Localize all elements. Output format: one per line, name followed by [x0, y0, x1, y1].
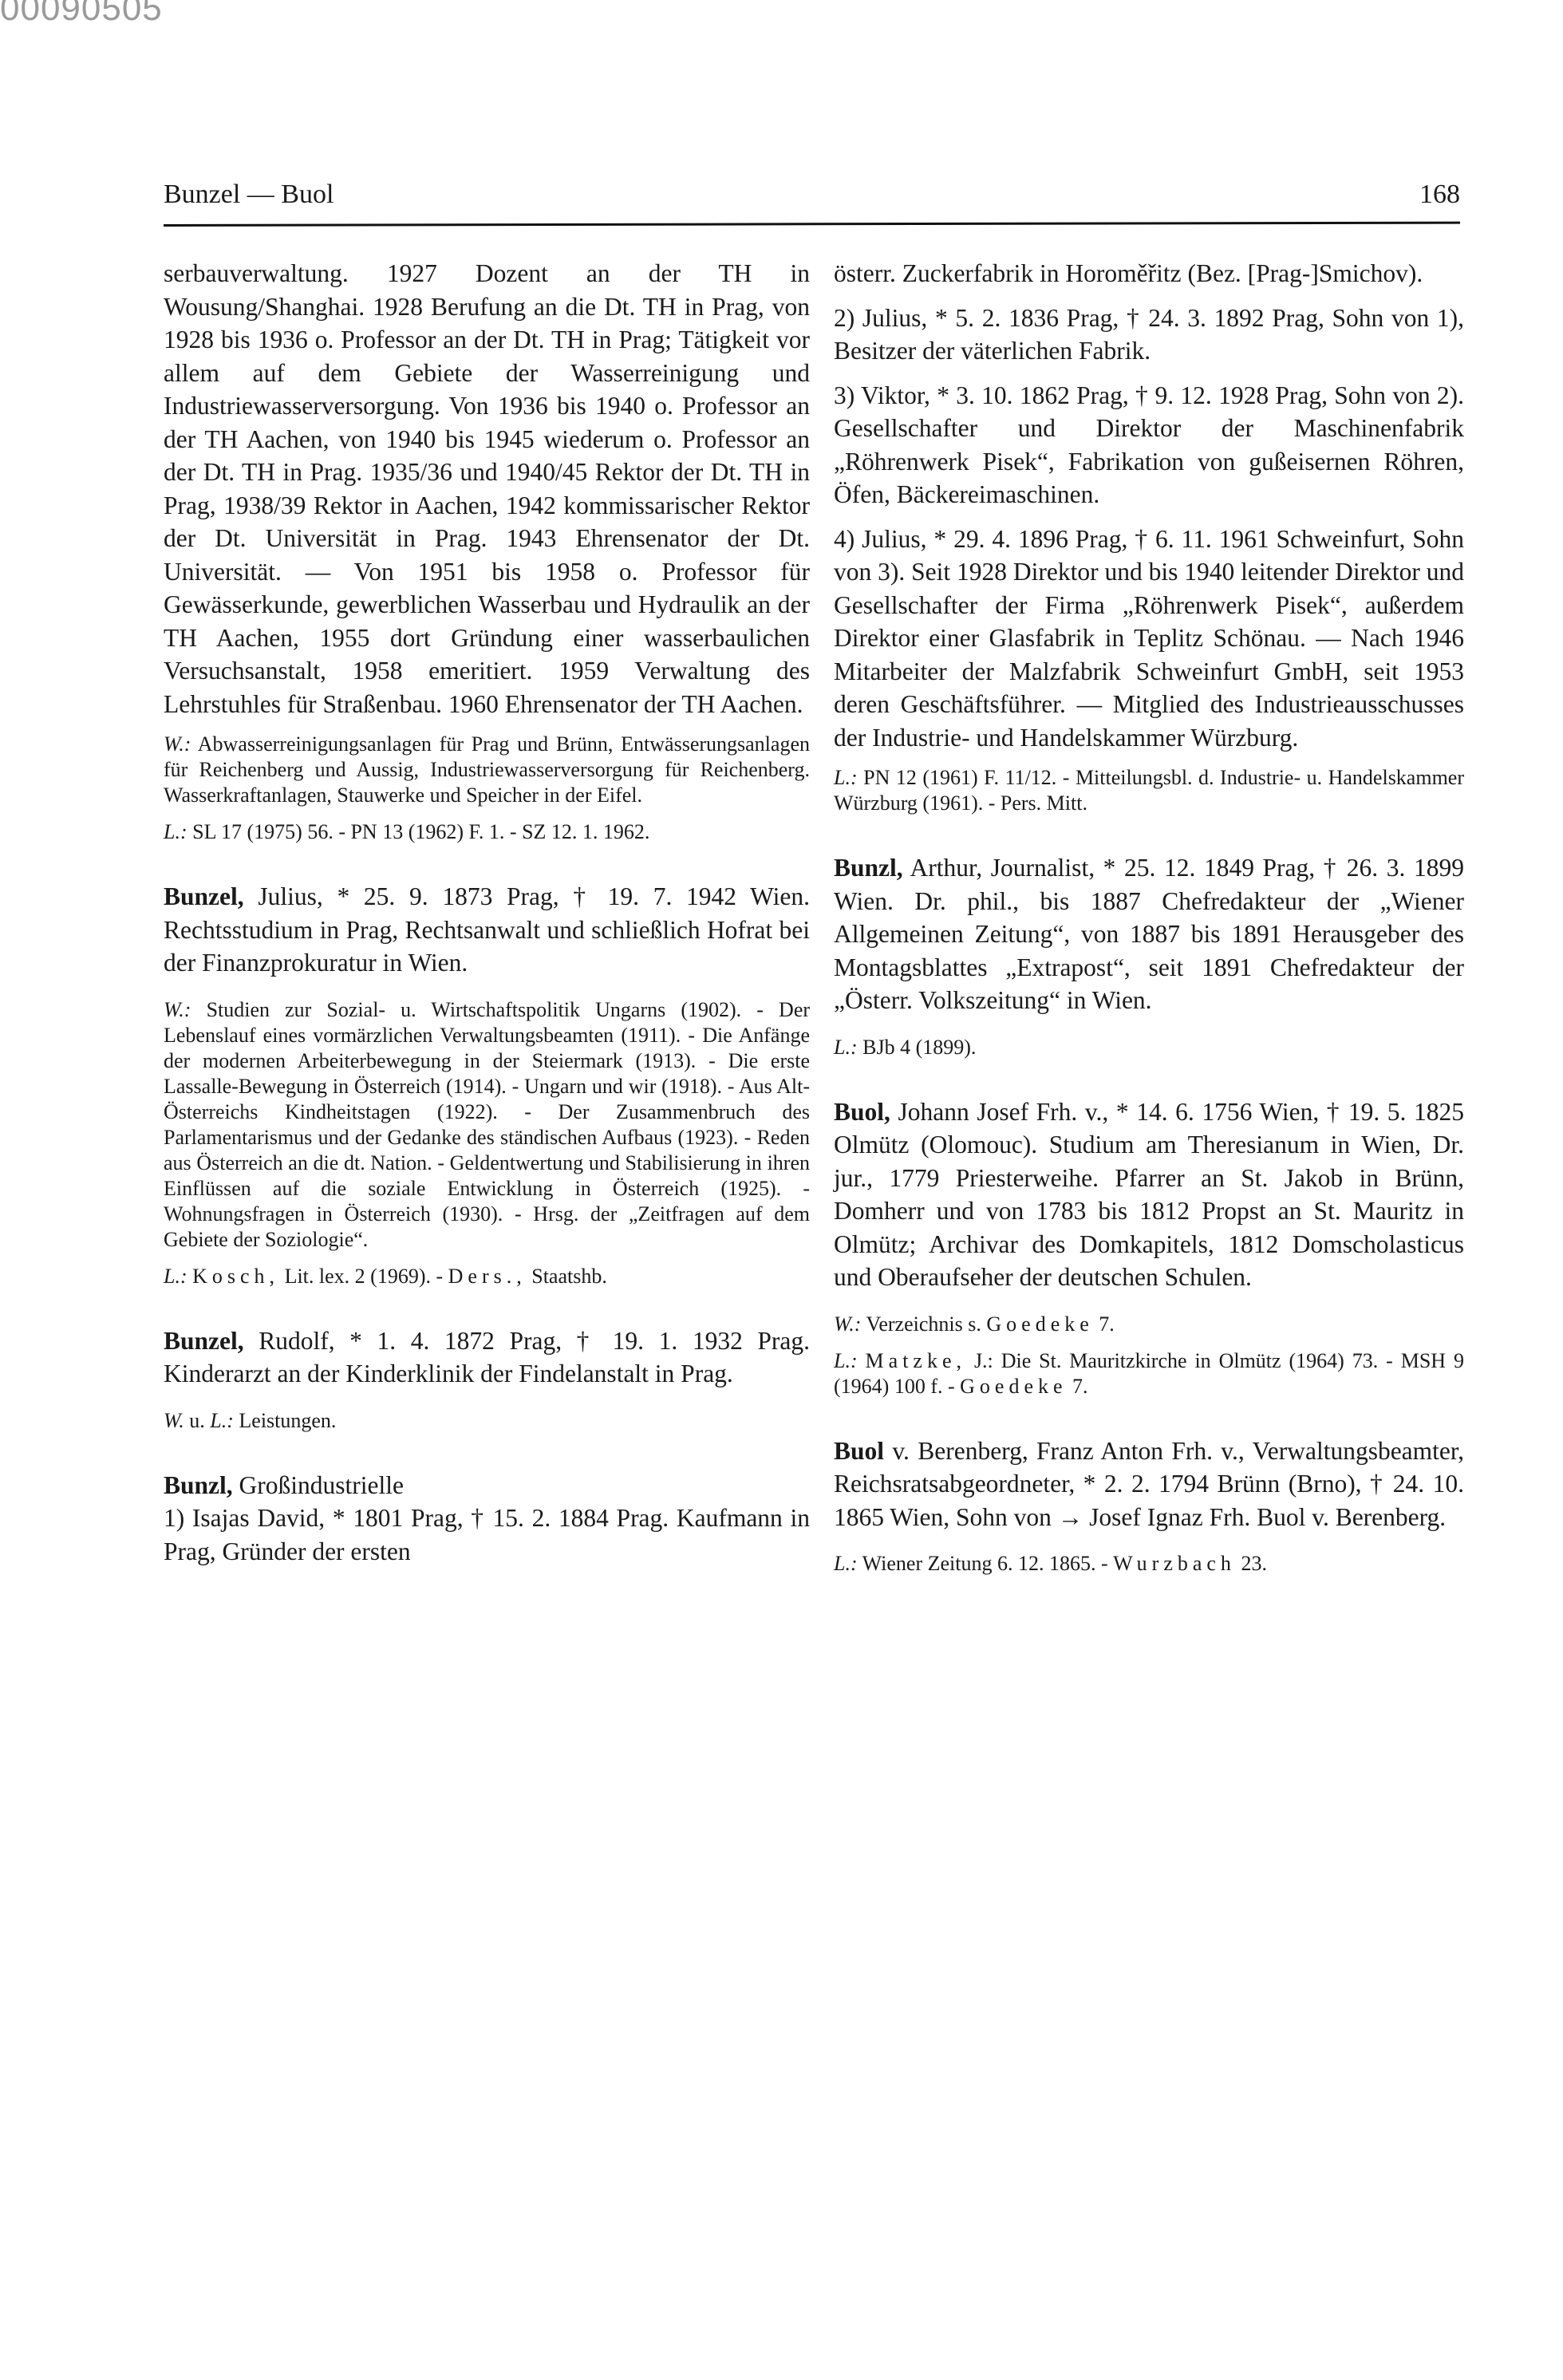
running-head: Bunzel — Buol 168 [164, 180, 1460, 219]
running-head-title: Bunzel — Buol [164, 180, 334, 210]
works-list: W.: Abwasserreinigungsanlagen für Prag u… [164, 732, 810, 808]
entry-lemma: Buol [834, 1437, 884, 1465]
works-text: Verzeichnis s. [866, 1312, 981, 1336]
right-column: österr. Zuckerfabrik in Horoměřitz (Bez.… [834, 257, 1464, 1577]
works-label: W. [164, 1409, 184, 1432]
entry-body: Buol, Johann Josef Frh. v., * 14. 6. 175… [834, 1095, 1464, 1294]
scan-id: 00090505 [0, 0, 163, 29]
entry-lemma: Bunzel, [164, 882, 244, 910]
works-label: W.: [834, 1312, 861, 1336]
literature-author: Goedeke [960, 1375, 1067, 1398]
entry-body: Bunzel, Julius, * 25. 9. 1873 Prag, † 19… [164, 880, 810, 980]
sub-entry: 4) Julius, * 29. 4. 1896 Prag, † 6. 11. … [834, 523, 1464, 755]
works-text: 7. [1099, 1312, 1115, 1336]
entry-continuation: serbauverwaltung. 1927 Dozent an der TH … [164, 257, 810, 720]
entry-body: Bunzel, Rudolf, * 1. 4. 1872 Prag, † 19.… [164, 1324, 810, 1391]
literature-text: SL 17 (1975) 56. - PN 13 (1962) F. 1. - … [192, 820, 649, 843]
left-column: serbauverwaltung. 1927 Dozent an der TH … [164, 257, 810, 1568]
literature-text: 23. [1241, 1552, 1267, 1575]
entry-bunzl-family: Bunzl, Großindustrielle 1) Isajas David,… [164, 1469, 810, 1569]
entry-lemma: Bunzel, [164, 1327, 244, 1355]
entry-text: v. Berenberg, Franz Anton Frh. v., Verwa… [834, 1437, 1464, 1531]
entry-bunzl-arthur: Bunzl, Arthur, Journalist, * 25. 12. 184… [834, 851, 1464, 1060]
sub-entry: 2) Julius, * 5. 2. 1836 Prag, † 24. 3. 1… [834, 302, 1464, 368]
works-text: Abwasserreinigungsanlagen für Prag und B… [164, 732, 810, 807]
entry-text: Julius, * 25. 9. 1873 Prag, † 19. 7. 194… [164, 882, 810, 977]
literature-author: Ders., [448, 1265, 527, 1288]
entry-lemma: Buol, [834, 1098, 890, 1126]
literature-text: Wiener Zeitung 6. 12. 1865. - [862, 1552, 1108, 1575]
literature-list: L.: Kosch, Lit. lex. 2 (1969). - Ders., … [164, 1264, 810, 1289]
literature-label: L.: [834, 1036, 858, 1059]
literature-list: L.: Matzke, J.: Die St. Mauritzkirche in… [834, 1348, 1464, 1399]
literature-list: L.: BJb 4 (1899). [834, 1035, 1464, 1060]
entry-text: Rudolf, * 1. 4. 1872 Prag, † 19. 1. 1932… [164, 1327, 810, 1388]
literature-label: L.: [834, 766, 858, 789]
entry-bunzel-julius: Bunzel, Julius, * 25. 9. 1873 Prag, † 19… [164, 880, 810, 1289]
entry-text: Arthur, Journalist, * 25. 12. 1849 Prag,… [834, 854, 1464, 1014]
entry-buol-johann-josef: Buol, Johann Josef Frh. v., * 14. 6. 175… [834, 1095, 1464, 1399]
literature-label: L.: [834, 1349, 858, 1372]
literature-author: Kosch, [192, 1265, 279, 1288]
entry-body: Buol v. Berenberg, Franz Anton Frh. v., … [834, 1435, 1464, 1534]
literature-list: L.: SL 17 (1975) 56. - PN 13 (1962) F. 1… [164, 819, 810, 845]
works-label: W.: [164, 998, 191, 1021]
literature-text: 7. [1072, 1375, 1088, 1398]
entry-bunzel-rudolf: Bunzel, Rudolf, * 1. 4. 1872 Prag, † 19.… [164, 1324, 810, 1434]
literature-list: L.: Wiener Zeitung 6. 12. 1865. - Wurzba… [834, 1551, 1464, 1577]
entry-lemma: Bunzl, [164, 1471, 233, 1499]
works-list: W.: Studien zur Sozial- u. Wirtschaftspo… [164, 997, 810, 1253]
entry-heading: Bunzl, Großindustrielle [164, 1469, 810, 1502]
entry-text: Johann Josef Frh. v., * 14. 6. 1756 Wien… [834, 1098, 1464, 1292]
literature-author: Matzke, [866, 1349, 966, 1372]
literature-list: L.: PN 12 (1961) F. 11/12. - Mitteilungs… [834, 765, 1464, 816]
entry-continuation: österr. Zuckerfabrik in Horoměřitz (Bez.… [834, 257, 1464, 290]
conjunction: u. [189, 1409, 205, 1432]
works-list: W.: Verzeichnis s. Goedeke 7. [834, 1312, 1464, 1337]
entry-buol-berenberg: Buol v. Berenberg, Franz Anton Frh. v., … [834, 1435, 1464, 1577]
literature-text: Lit. lex. 2 (1969). - [285, 1265, 444, 1288]
literature-text: BJb 4 (1899). [862, 1036, 976, 1059]
literature-text: PN 12 (1961) F. 11/12. - Mitteilungsbl. … [834, 766, 1464, 815]
works-text: Studien zur Sozial- u. Wirtschaftspoliti… [164, 998, 810, 1251]
works-author: Goedeke [986, 1312, 1093, 1336]
header-rule [164, 222, 1460, 227]
entry-text: Großindustrielle [239, 1471, 404, 1499]
page-number: 168 [1419, 180, 1460, 210]
literature-label: L.: [164, 820, 187, 843]
literature-label: L.: [834, 1552, 858, 1575]
literature-label: L.: [164, 1265, 187, 1288]
literature-author: Wurzbach [1113, 1552, 1236, 1575]
works-literature-list: W. u. L.: Leistungen. [164, 1408, 810, 1434]
works-literature-text: Leistungen. [239, 1409, 336, 1432]
sub-entry: 1) Isajas David, * 1801 Prag, † 15. 2. 1… [164, 1502, 810, 1568]
works-label: W.: [164, 732, 191, 756]
literature-text: Staatshb. [531, 1265, 607, 1288]
entry-body: Bunzl, Arthur, Journalist, * 25. 12. 184… [834, 851, 1464, 1017]
entry-lemma: Bunzl, [834, 854, 903, 882]
sub-entry: 3) Viktor, * 3. 10. 1862 Prag, † 9. 12. … [834, 379, 1464, 511]
literature-label: L.: [210, 1409, 234, 1432]
